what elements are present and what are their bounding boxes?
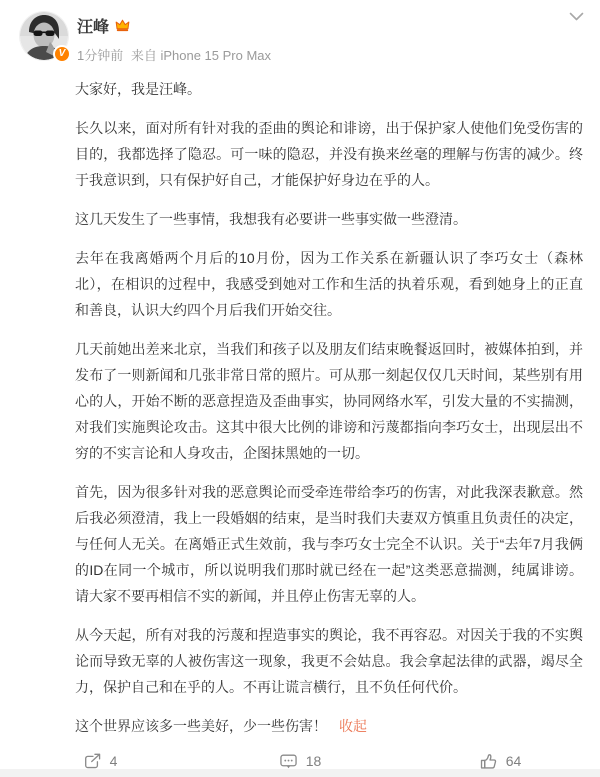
post-paragraph: 首先，因为很多针对我的恶意舆论而受牵连带给李巧的伤害，对此我深表歉意。然后我必须… [75, 479, 583, 609]
vip-crown-icon [114, 17, 131, 34]
source-device[interactable]: 来自 iPhone 15 Pro Max [131, 48, 271, 63]
verified-badge: V [53, 45, 71, 63]
comment-count: 18 [306, 753, 322, 769]
repost-count: 4 [110, 753, 118, 769]
post-paragraph: 大家好，我是汪峰。 [75, 76, 583, 102]
like-count: 64 [506, 753, 522, 769]
post-paragraph: 这几天发生了一些事情，我想我有必要讲一些事实做一些澄清。 [75, 206, 583, 232]
post-paragraph: 从今天起，所有对我的污蔑和捏造事实的舆论，我不再容忍。对因关于我的不实舆论而导致… [75, 622, 583, 700]
like-button[interactable]: 64 [400, 747, 600, 769]
header-info: 汪峰 1分钟前 来自 iPhone 15 Pro Max [77, 12, 275, 64]
timestamp: 1分钟前 [77, 48, 123, 63]
post-content: 大家好，我是汪峰。 长久以来，面对所有针对我的歪曲的舆论和诽谤，出于保护家人使他… [0, 64, 600, 739]
username[interactable]: 汪峰 [77, 14, 109, 37]
action-bar: 4 18 64 [0, 747, 600, 769]
post-paragraph: 几天前她出差来北京，当我们和孩子以及朋友们结束晚餐返回时，被媒体拍到，并发布了一… [75, 336, 583, 466]
page-background-strip [0, 769, 600, 777]
post-header: V 汪峰 1分钟前 来自 iPhone 15 Pro Max [0, 0, 600, 64]
comment-button[interactable]: 18 [200, 747, 400, 769]
collapse-link[interactable]: 收起 [339, 718, 367, 734]
weibo-post-card: V 汪峰 1分钟前 来自 iPhone 15 Pro Max [0, 0, 600, 769]
share-icon [83, 753, 102, 770]
chevron-down-icon[interactable] [567, 9, 585, 23]
post-paragraph: 长久以来，面对所有针对我的歪曲的舆论和诽谤，出于保护家人使他们免受伤害的目的，我… [75, 115, 583, 193]
repost-button[interactable]: 4 [0, 747, 200, 769]
comment-icon [279, 753, 298, 770]
post-meta: 1分钟前 来自 iPhone 15 Pro Max [77, 45, 275, 64]
thumbs-up-icon [479, 753, 498, 770]
closing-text: 这个世界应该多一些美好，少一些伤害！ [75, 718, 327, 734]
post-paragraph-closing: 这个世界应该多一些美好，少一些伤害！收起 [75, 713, 583, 739]
post-paragraph: 去年在我离婚两个月后的10月份，因为工作关系在新疆认识了李巧女士（森林北），在相… [75, 245, 583, 323]
avatar[interactable]: V [20, 12, 68, 60]
